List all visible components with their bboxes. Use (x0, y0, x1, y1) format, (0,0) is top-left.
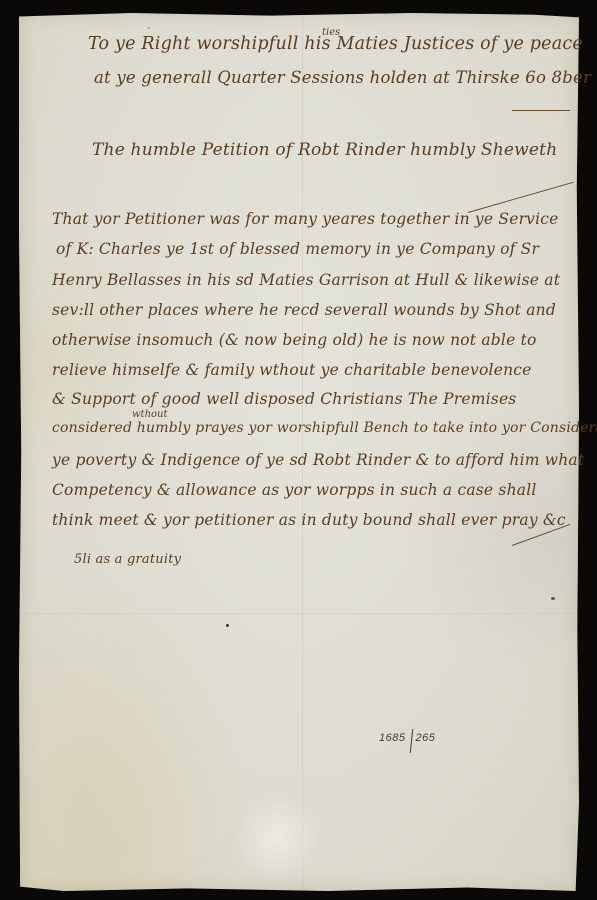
body-line: relieve himselfe & family wthout ye char… (52, 361, 532, 379)
body-line: & Support of good well disposed Christia… (52, 390, 516, 408)
body-line: think meet & yor petitioner as in duty b… (52, 511, 566, 529)
ink-speck (551, 597, 555, 600)
body-line: of K: Charles ye 1st of blessed memory i… (56, 240, 539, 258)
body-line: otherwise insomuch (& now being old) he … (52, 331, 537, 349)
underline-rule (512, 110, 570, 111)
superscript-maties: ties (322, 27, 340, 38)
ink-speck (148, 27, 150, 29)
interlineation: wthout (132, 409, 168, 420)
body-line: ye poverty & Indigence of ye sd Robt Rin… (52, 451, 584, 469)
archive-reference-number: 265 (415, 732, 435, 744)
horizontal-fold-line (19, 613, 579, 614)
paper-stain (237, 793, 317, 883)
body-line: sev:ll other places where he recd severa… (52, 301, 556, 319)
body-line: considered humbly prayes yor worshipfull… (52, 420, 597, 436)
ink-speck (226, 624, 229, 627)
body-line: Competency & allowance as yor worpps in … (52, 481, 537, 499)
petition-title: The humble Petition of Robt Rinder humbl… (92, 140, 557, 160)
gratuity-annotation: 5li as a gratuity (74, 552, 181, 567)
archive-reference: 1685265 (379, 729, 435, 753)
archive-reference-year: 1685 (379, 732, 405, 744)
reference-slash (410, 729, 414, 753)
body-line: That yor Petitioner was for many yeares … (52, 210, 559, 228)
address-line-2: at ye generall Quarter Sessions holden a… (94, 68, 597, 87)
body-line: Henry Bellasses in his sd Maties Garriso… (52, 271, 560, 289)
